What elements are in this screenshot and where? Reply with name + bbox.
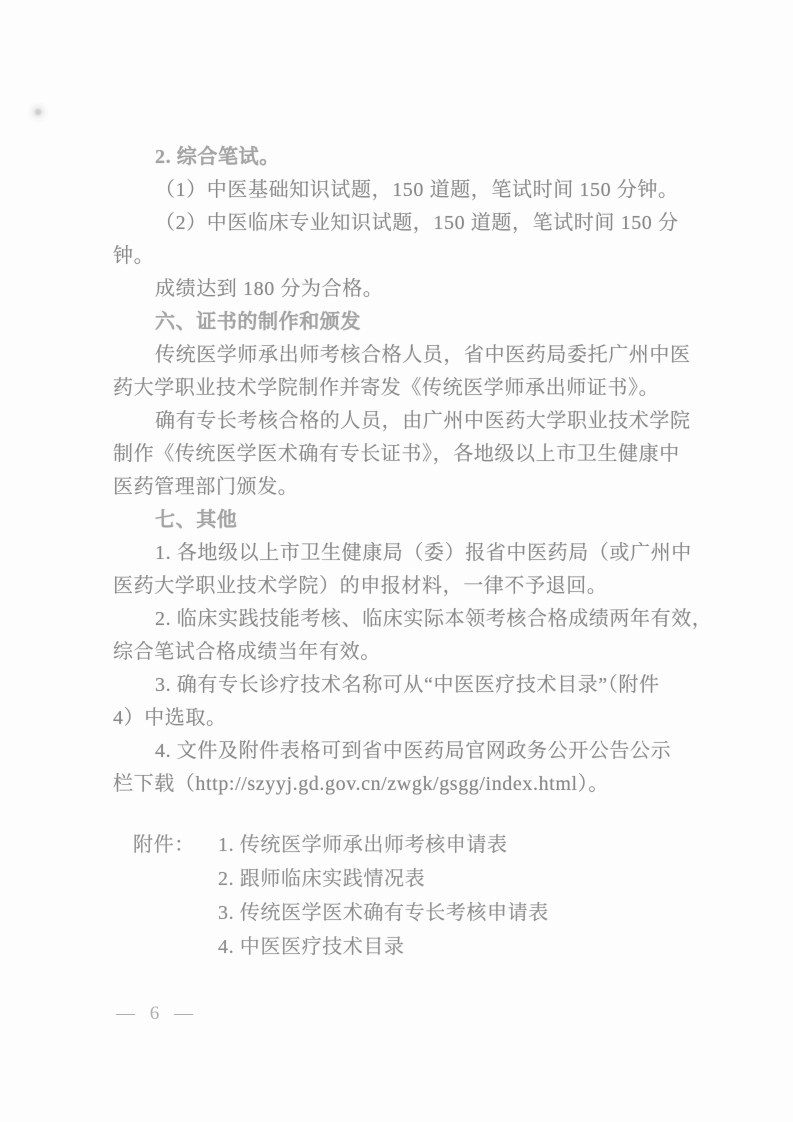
other-item-2-line-1: 2. 临床实践技能考核、临床实际本领考核合格成绩两年有效，	[113, 603, 688, 636]
attachments-label: 附件：	[133, 828, 218, 964]
attachments-items: 1. 传统医学师承出师考核申请表 2. 跟师临床实践情况表 3. 传统医学医术确…	[218, 828, 688, 964]
exam-subject-2-line: （2）中医临床专业知识试题，150 道题，笔试时间 150 分	[113, 207, 688, 240]
other-item-4-line-1: 4. 文件及附件表格可到省中医药局官网政务公开公告公示	[113, 735, 688, 768]
exam-subject-1-line: （1）中医基础知识试题，150 道题，笔试时间 150 分钟。	[113, 174, 688, 207]
attachment-item-4: 4. 中医医疗技术目录	[218, 930, 688, 964]
specialty-certificate-line-2: 制作《传统医学医术确有专长证书》，各地级以上市卫生健康中	[113, 438, 688, 471]
section-heading-six-certificates: 六、证书的制作和颁发	[113, 306, 688, 339]
exam-subject-2-continuation: 钟。	[113, 240, 688, 273]
attachment-item-1: 1. 传统医学师承出师考核申请表	[218, 828, 688, 862]
mentor-certificate-line-1: 传统医学师承出师考核合格人员，省中医药局委托广州中医	[113, 339, 688, 372]
specialty-certificate-line-1: 确有专长考核合格的人员，由广州中医药大学职业技术学院	[113, 405, 688, 438]
document-body: 2. 综合笔试。 （1）中医基础知识试题，150 道题，笔试时间 150 分钟。…	[113, 141, 688, 964]
attachments-list: 附件： 1. 传统医学师承出师考核申请表 2. 跟师临床实践情况表 3. 传统医…	[113, 828, 688, 964]
mentor-certificate-line-2: 药大学职业技术学院制作并寄发《传统医学师承出师证书》。	[113, 372, 688, 405]
scan-smudge-mark	[26, 103, 50, 123]
specialty-certificate-line-3: 医药管理部门颁发。	[113, 471, 688, 504]
other-item-2-line-2: 综合笔试合格成绩当年有效。	[113, 636, 688, 669]
other-item-3-line-1: 3. 确有专长诊疗技术名称可从“中医医疗技术目录”（附件	[113, 669, 688, 702]
other-item-1-line-1: 1. 各地级以上市卫生健康局（委）报省中医药局（或广州中	[113, 537, 688, 570]
attachment-item-3: 3. 传统医学医术确有专长考核申请表	[218, 896, 688, 930]
page-number: — 6 —	[116, 1003, 198, 1025]
passing-score-line: 成绩达到 180 分为合格。	[113, 273, 688, 306]
scanned-document-page: 2. 综合笔试。 （1）中医基础知识试题，150 道题，笔试时间 150 分钟。…	[0, 0, 793, 1122]
item-comprehensive-written-exam: 2. 综合笔试。	[113, 141, 688, 174]
section-heading-seven-other: 七、其他	[113, 504, 688, 537]
other-item-3-line-2: 4）中选取。	[113, 702, 688, 735]
other-item-4-line-2-url: 栏下载（http://szyyj.gd.gov.cn/zwgk/gsgg/ind…	[113, 768, 688, 801]
attachment-item-2: 2. 跟师临床实践情况表	[218, 862, 688, 896]
other-item-1-line-2: 医药大学职业技术学院）的申报材料，一律不予退回。	[113, 570, 688, 603]
